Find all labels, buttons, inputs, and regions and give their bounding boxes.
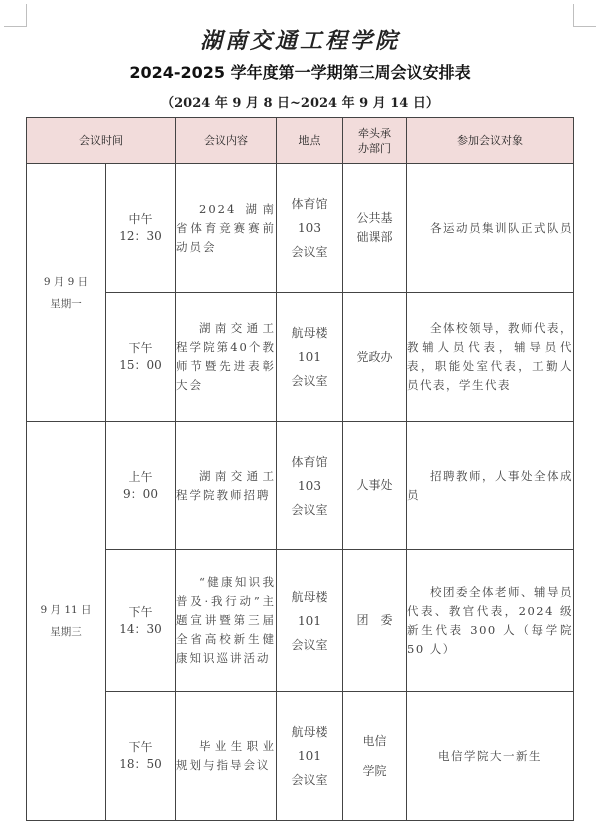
dept-cell: 人事处 [343, 422, 407, 550]
content-cell: 毕业生职业规划与指导会议 [176, 692, 277, 821]
time-period: 下午 [106, 340, 175, 357]
location-building: 航母楼 [277, 585, 342, 609]
header-dept-line1: 牵头承 [343, 126, 406, 141]
location-type: 会议室 [277, 633, 342, 657]
location-cell: 航母楼 101 会议室 [277, 293, 343, 422]
dept-line1: 团 委 [343, 611, 406, 630]
table-row: 下午 14：30 “健康知识我普及·我行动”主题宣讲暨第三届全省高校新生健康知识… [27, 550, 574, 692]
location-type: 会议室 [277, 498, 342, 522]
dept-cell: 公共基 础课部 [343, 164, 407, 293]
time-cell: 下午 15：00 [106, 293, 176, 422]
time-period: 上午 [106, 469, 175, 486]
school-name: 湖南交通工程学院 [0, 24, 600, 55]
location-cell: 体育馆 103 会议室 [277, 164, 343, 293]
table-row: 9 月 9 日 星期一 中午 12：30 2024 湖南省体育竞赛赛前动员会 体… [27, 164, 574, 293]
header-dept-line2: 办部门 [343, 141, 406, 156]
time-cell: 下午 18：50 [106, 692, 176, 821]
location-type: 会议室 [277, 240, 342, 264]
header-audience: 参加会议对象 [407, 118, 574, 164]
table-header-row: 会议时间 会议内容 地点 牵头承 办部门 参加会议对象 [27, 118, 574, 164]
time-period: 下午 [106, 604, 175, 621]
location-cell: 航母楼 101 会议室 [277, 550, 343, 692]
header-location: 地点 [277, 118, 343, 164]
dept-line1: 党政办 [343, 348, 406, 367]
table-row: 下午 18：50 毕业生职业规划与指导会议 航母楼 101 会议室 电信 学院 … [27, 692, 574, 821]
day-cell: 9 月 9 日 星期一 [27, 164, 106, 422]
time-cell: 上午 9：00 [106, 422, 176, 550]
location-building: 航母楼 [277, 321, 342, 345]
audience-cell: 全体校领导，教师代表，教辅人员代表，辅导员代表，职能处室代表，工勤人员代表，学生… [407, 293, 574, 422]
time-value: 15：00 [106, 357, 175, 374]
table-row: 下午 15：00 湖南交通工程学院第40个教师节暨先进表彰大会 航母楼 101 … [27, 293, 574, 422]
dept-line2: 学院 [343, 756, 406, 786]
document-title: 2024-2025 学年度第一学期第三周会议安排表 [0, 60, 600, 83]
table-row: 9 月 11 日 星期三 上午 9：00 湖南交通工程学院教师招聘 体育馆 10… [27, 422, 574, 550]
location-room: 101 [277, 744, 342, 768]
dept-line1: 公共基 [343, 209, 406, 228]
dept-line1: 人事处 [343, 476, 406, 495]
header-content: 会议内容 [176, 118, 277, 164]
time-value: 14：30 [106, 621, 175, 638]
date-range: （2024 年 9 月 8 日~2024 年 9 月 14 日） [0, 92, 600, 111]
content-cell: 湖南交通工程学院教师招聘 [176, 422, 277, 550]
meeting-schedule-table: 会议时间 会议内容 地点 牵头承 办部门 参加会议对象 9 月 9 日 星期一 … [26, 117, 574, 821]
content-cell: 湖南交通工程学院第40个教师节暨先进表彰大会 [176, 293, 277, 422]
day-date: 9 月 11 日 [27, 599, 105, 621]
location-building: 体育馆 [277, 450, 342, 474]
time-cell: 下午 14：30 [106, 550, 176, 692]
location-type: 会议室 [277, 768, 342, 792]
location-room: 103 [277, 216, 342, 240]
location-room: 103 [277, 474, 342, 498]
time-value: 18：50 [106, 756, 175, 773]
time-cell: 中午 12：30 [106, 164, 176, 293]
dept-cell: 党政办 [343, 293, 407, 422]
dept-line1: 电信 [343, 726, 406, 756]
audience-cell: 招聘教师，人事处全体成员 [407, 422, 574, 550]
location-room: 101 [277, 609, 342, 633]
content-cell: 2024 湖南省体育竞赛赛前动员会 [176, 164, 277, 293]
day-cell: 9 月 11 日 星期三 [27, 422, 106, 821]
time-period: 下午 [106, 739, 175, 756]
location-cell: 航母楼 101 会议室 [277, 692, 343, 821]
location-room: 101 [277, 345, 342, 369]
dept-line2: 础课部 [343, 228, 406, 247]
header-time: 会议时间 [27, 118, 176, 164]
audience-cell: 各运动员集训队正式队员 [407, 164, 574, 293]
dept-cell: 团 委 [343, 550, 407, 692]
day-weekday: 星期一 [27, 293, 105, 315]
location-cell: 体育馆 103 会议室 [277, 422, 343, 550]
location-type: 会议室 [277, 369, 342, 393]
audience-cell: 电信学院大一新生 [407, 692, 574, 821]
day-weekday: 星期三 [27, 621, 105, 643]
content-cell: “健康知识我普及·我行动”主题宣讲暨第三届全省高校新生健康知识巡讲活动 [176, 550, 277, 692]
location-building: 体育馆 [277, 192, 342, 216]
day-date: 9 月 9 日 [27, 271, 105, 293]
dept-cell: 电信 学院 [343, 692, 407, 821]
location-building: 航母楼 [277, 720, 342, 744]
time-period: 中午 [106, 211, 175, 228]
time-value: 12：30 [106, 228, 175, 245]
audience-cell: 校团委全体老师、辅导员代表、教官代表，2024 级新生代表 300 人（每学院 … [407, 550, 574, 692]
header-dept: 牵头承 办部门 [343, 118, 407, 164]
time-value: 9：00 [106, 486, 175, 503]
